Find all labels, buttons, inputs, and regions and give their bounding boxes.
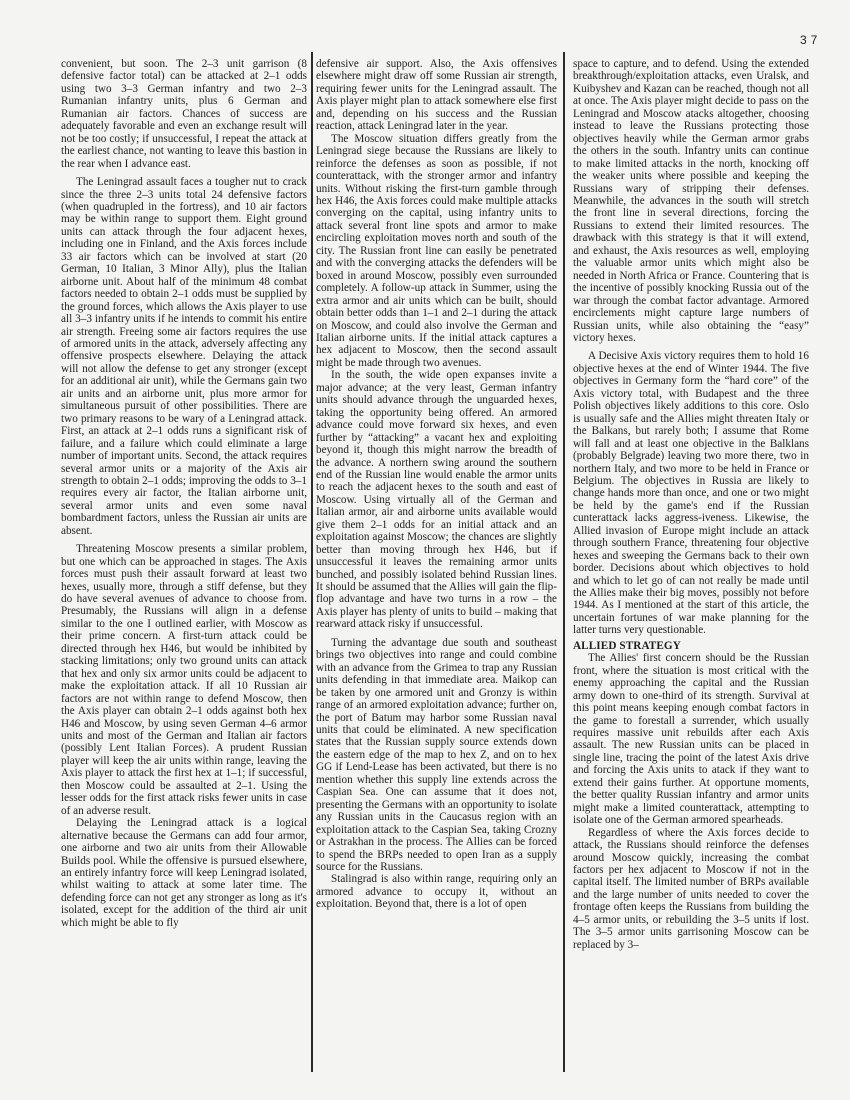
paragraph: The Leningrad assault faces a tougher nu… <box>61 176 307 537</box>
column-divider <box>563 52 565 1072</box>
paragraph: A Decisive Axis victory requires them to… <box>573 350 809 636</box>
page-number: 37 <box>800 33 821 47</box>
text-column-1: convenient, but soon. The 2–3 unit garri… <box>61 58 307 929</box>
paragraph: Delaying the Leningrad attack is a logic… <box>61 817 307 929</box>
paragraph: Threatening Moscow presents a similar pr… <box>61 543 307 817</box>
paragraph: Regardless of where the Axis forces deci… <box>573 827 809 952</box>
paragraph: In the south, the wide open expanses inv… <box>316 369 557 631</box>
paragraph: Stalingrad is also within range, requiri… <box>316 873 557 910</box>
paragraph: Turning the advantage due south and sout… <box>316 637 557 874</box>
paragraph: space to capture, and to defend. Using t… <box>573 58 809 344</box>
paragraph: The Allies' first concern should be the … <box>573 652 809 826</box>
text-column-3: space to capture, and to defend. Using t… <box>573 58 809 951</box>
section-heading: ALLIED STRATEGY <box>573 640 809 652</box>
text-column-2: defensive air support. Also, the Axis of… <box>316 58 557 911</box>
paragraph: The Moscow situation differs greatly fro… <box>316 133 557 370</box>
column-divider <box>311 52 313 1072</box>
paragraph: defensive air support. Also, the Axis of… <box>316 58 557 133</box>
paragraph: convenient, but soon. The 2–3 unit garri… <box>61 58 307 170</box>
